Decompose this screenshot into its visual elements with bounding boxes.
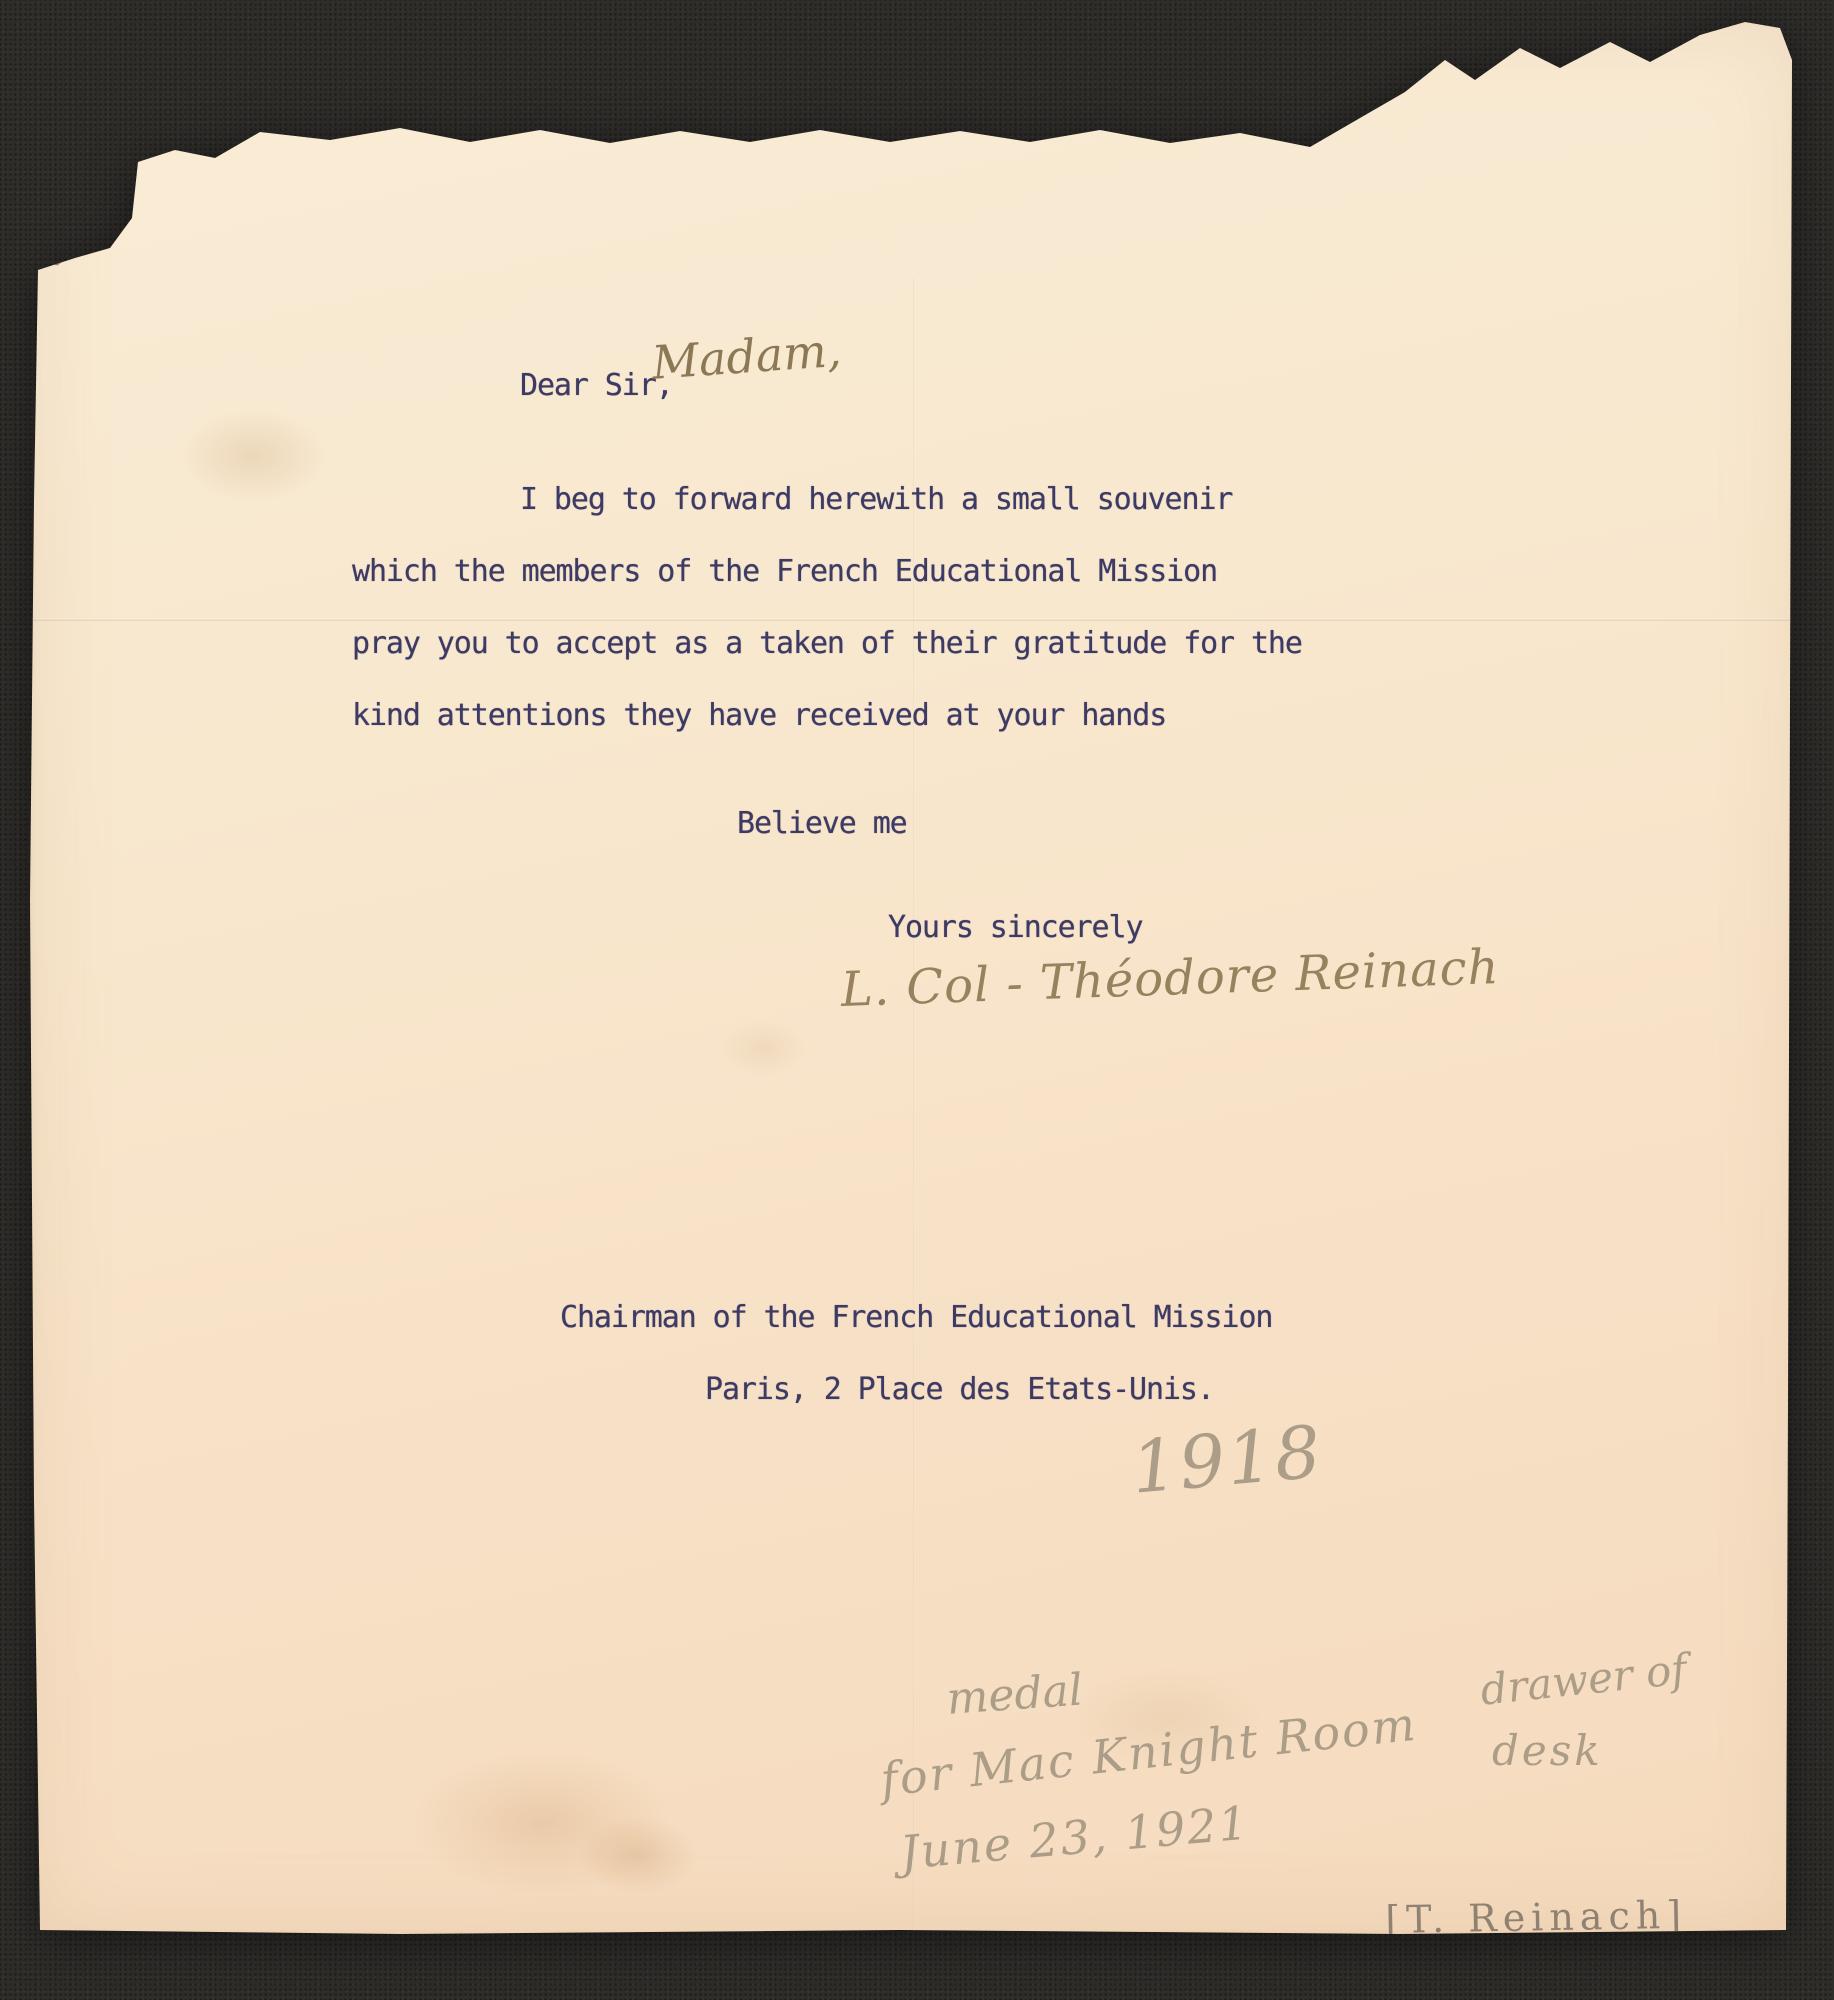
footer-line-1: Chairman of the French Educational Missi… (560, 1300, 1272, 1335)
signature: L. Col - Théodore Reinach (840, 939, 1500, 1018)
scan-background: ✓ Dear Sir, Madam, I beg to forward here… (0, 0, 1834, 2000)
letter-paper: ✓ Dear Sir, Madam, I beg to forward here… (28, 18, 1802, 1938)
paper-stain (408, 1748, 678, 1898)
annotation-attribution: [T. Reinach] (1385, 1893, 1687, 1942)
annotation-date: June 23, 1921 (898, 1795, 1252, 1879)
horizontal-fold-crease (28, 618, 1802, 621)
pencil-checkmark: ✓ (46, 240, 78, 279)
body-line-4: kind attentions they have received at yo… (352, 698, 1166, 733)
salutation-typed: Dear Sir, (520, 368, 673, 403)
year-annotation: 1918 (1128, 1409, 1326, 1509)
body-line-1: I beg to forward herewith a small souven… (520, 482, 1232, 517)
footer-line-2: Paris, 2 Place des Etats-Unis. (705, 1372, 1214, 1407)
paper-stain (178, 408, 328, 503)
body-line-3: pray you to accept as a taken of their g… (352, 626, 1302, 661)
annotation-placement-line1: drawer of (1478, 1644, 1689, 1714)
annotation-placement-line2: desk (1492, 1726, 1603, 1775)
salutation-handwritten-correction: Madam, (650, 323, 843, 390)
paper-stain (573, 1813, 703, 1898)
vertical-fold-crease (913, 278, 915, 1933)
closing-line: Yours sincerely (888, 910, 1142, 945)
paper-stain (718, 1018, 808, 1078)
closing-intro: Believe me (737, 806, 907, 841)
body-line-2: which the members of the French Educatio… (352, 554, 1217, 589)
annotation-item: medal (945, 1664, 1084, 1724)
